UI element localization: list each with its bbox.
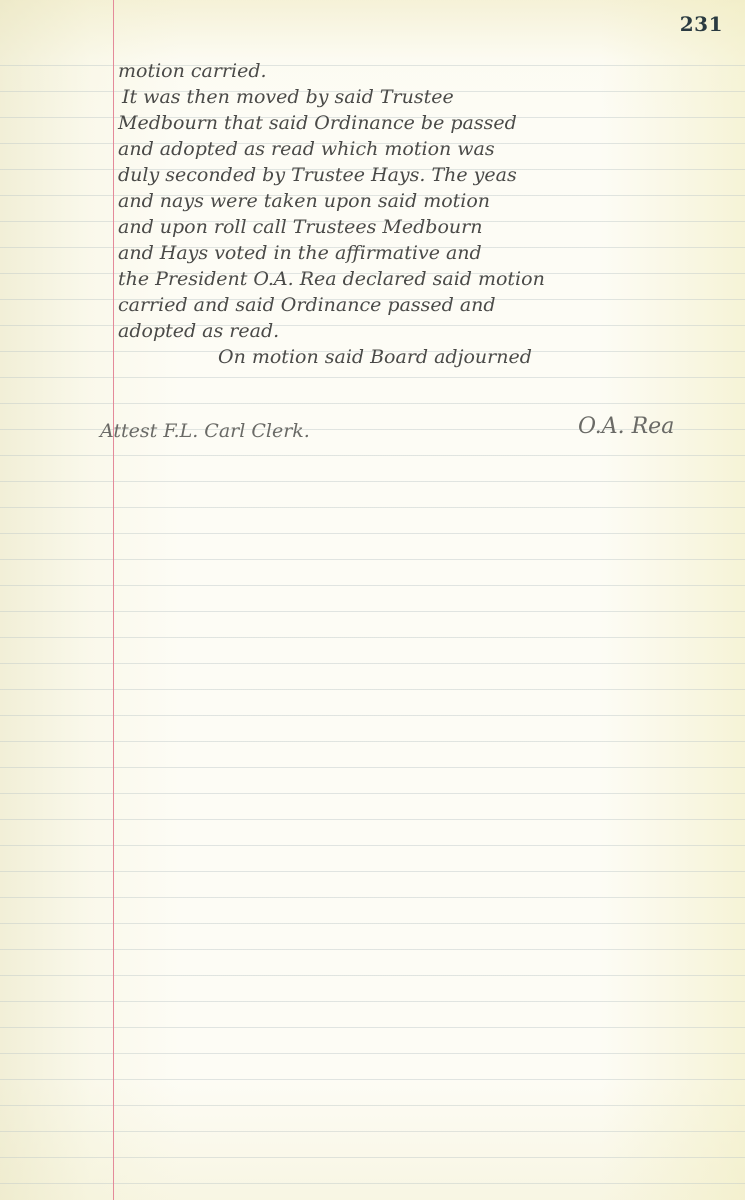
entry-line: and Hays voted in the affirmative and — [118, 240, 738, 266]
entry-line: Medbourn that said Ordinance be passed — [118, 110, 738, 136]
entry-line: the President O.A. Rea declared said mot… — [118, 266, 738, 292]
entry-line: On motion said Board adjourned — [118, 344, 738, 370]
entry-line: and adopted as read which motion was — [118, 136, 738, 162]
president-signature: O.A. Rea — [578, 414, 674, 439]
entry-line: It was then moved by said Trustee — [118, 84, 738, 110]
entry-line: adopted as read. — [118, 318, 738, 344]
handwritten-minutes: motion carried. It was then moved by sai… — [118, 58, 738, 370]
margin-rule — [113, 0, 114, 1200]
ledger-page: 231 motion carried. It was then moved by… — [0, 0, 745, 1200]
entry-line: duly seconded by Trustee Hays. The yeas — [118, 162, 738, 188]
entry-line: carried and said Ordinance passed and — [118, 292, 738, 318]
attestation-clerk: Attest F.L. Carl Clerk. — [100, 420, 310, 442]
entry-line: and nays were taken upon said motion — [118, 188, 738, 214]
page-number: 231 — [680, 12, 723, 36]
entry-line: motion carried. — [118, 58, 738, 84]
entry-line: and upon roll call Trustees Medbourn — [118, 214, 738, 240]
